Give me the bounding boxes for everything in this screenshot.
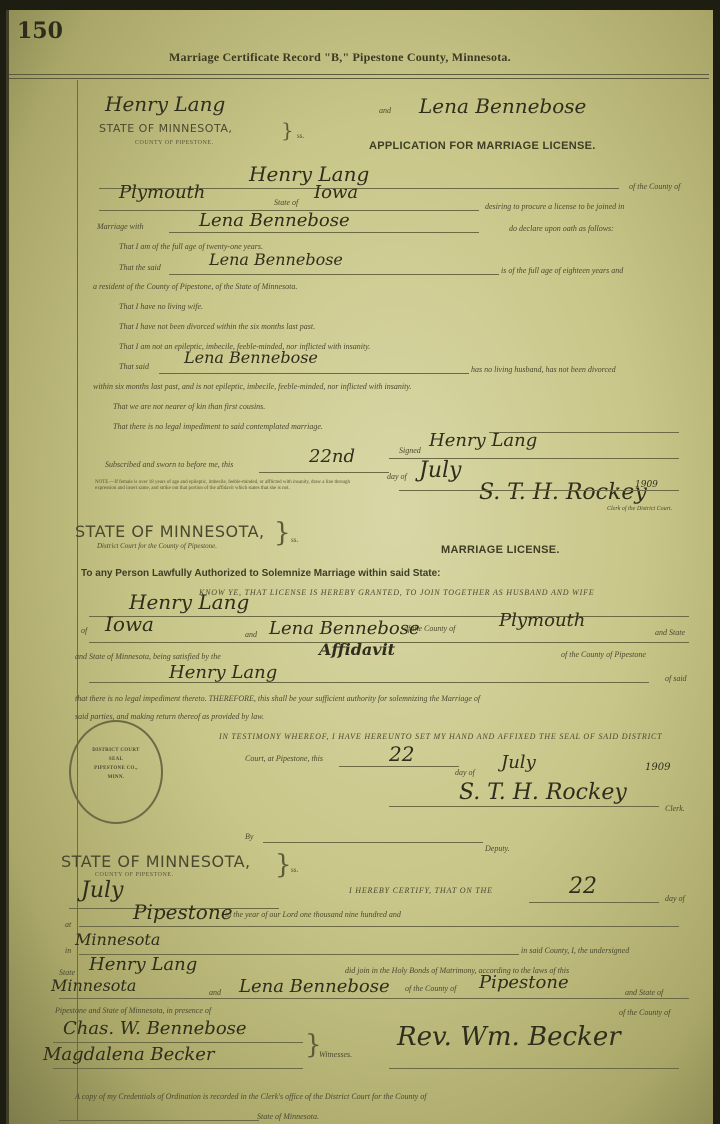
license-court: District Court for the County of Pipesto…	[97, 542, 217, 550]
license-day: 22	[389, 742, 414, 766]
certificate-in-said-county: in said County, I, the undersigned	[521, 946, 629, 955]
certificate-certify: I HEREBY CERTIFY, That on the	[349, 886, 493, 895]
license-of-said: of said	[665, 674, 687, 683]
said-label: That the said	[119, 263, 161, 272]
certificate-groom-state: Minnesota	[51, 976, 136, 995]
subscribed-month: July	[419, 458, 461, 483]
license-day-of-label: day of	[455, 768, 475, 777]
not-divorced-text: That I have not been divorced within the…	[119, 322, 315, 331]
certificate-state-of-mn: State of Minnesota.	[257, 1112, 319, 1121]
caption-and: and	[379, 106, 391, 115]
license-county-pipestone: of the County of Pipestone	[561, 650, 646, 659]
certificate-month: July	[81, 878, 123, 903]
license-groom: Henry Lang	[129, 590, 249, 614]
license-and-label: and	[245, 630, 257, 639]
no-impediment-text: That there is no legal impediment to sai…	[113, 422, 323, 431]
license-state: STATE OF MINNESOTA,	[75, 522, 265, 541]
witness-1: Chas. W. Bennebose	[63, 1018, 247, 1039]
declare-text: do declare upon oath as follows:	[509, 224, 614, 233]
license-no-impediment: that there is no legal impediment theret…	[75, 694, 480, 703]
application-note: NOTE.—If female is over 18 years of age …	[95, 480, 355, 492]
witnesses-label: Witnesses.	[319, 1050, 352, 1059]
license-of-label: of	[81, 626, 87, 635]
certificate-groom: Henry Lang	[89, 954, 197, 975]
application-state: STATE OF MINNESOTA,	[99, 122, 232, 135]
caption-bride: Lena Bennebose	[419, 94, 586, 118]
margin-line	[77, 80, 78, 1120]
county-of-label: of the County of	[629, 182, 680, 191]
certificate-bride: Lena Bennebose	[239, 976, 390, 997]
license-said-parties: said parties, and making return thereof …	[75, 712, 264, 721]
license-testimony: IN TESTIMONY WHEREOF, I have hereunto se…	[219, 732, 662, 741]
seal-line-1: DISTRICT COURT	[71, 748, 161, 753]
know-ye-text: KNOW YE, THAT LICENSE IS HEREBY GRANTED,…	[199, 588, 594, 597]
certificate-place: Pipestone	[133, 900, 233, 924]
seal-line-4: MINN.	[71, 775, 161, 780]
certificate-brace: }	[275, 850, 292, 880]
seal-line-2: SEAL	[71, 757, 161, 762]
license-satisfied-value: Affidavit	[319, 640, 395, 659]
certificate-in-label: in	[65, 946, 71, 955]
said-value: Lena Bennebose	[209, 250, 343, 269]
marriage-with-value: Lena Bennebose	[199, 210, 350, 231]
state-of-label: State of	[274, 198, 298, 207]
not-kin-text: That we are not nearer of kin than first…	[113, 402, 265, 411]
license-state-value: Iowa	[105, 612, 154, 636]
certificate-and-state-label: and State of	[625, 988, 663, 997]
license-county-value: Plymouth	[499, 610, 585, 631]
seal-line-3: PIPESTONE CO.,	[71, 766, 161, 771]
license-of-said-name: Henry Lang	[169, 662, 277, 683]
certificate-credentials: A copy of my Credentials of Ordination i…	[75, 1092, 426, 1101]
license-clerk-label: Clerk.	[665, 804, 685, 813]
license-by-label: By	[245, 832, 253, 841]
witness-2: Magdalena Becker	[43, 1044, 215, 1065]
full-age-text: is of the full age of eighteen years and	[501, 266, 623, 275]
license-year: 1909	[645, 762, 670, 773]
court-seal: DISTRICT COURT SEAL PIPESTONE CO., MINN.	[69, 720, 163, 824]
subscribed-text: Subscribed and sworn to before me, this	[105, 460, 233, 469]
certificate-pipestone-mn: Pipestone and State of Minnesota, in pre…	[55, 1006, 211, 1015]
record-page: 150 Marriage Certificate Record "B," Pip…	[6, 10, 713, 1124]
license-bride: Lena Bennebose	[269, 618, 420, 639]
certificate-day-of-label: day of	[665, 894, 685, 903]
license-ss: ss.	[291, 536, 298, 544]
no-husband-text: has no living husband, has not been divo…	[471, 365, 616, 374]
application-ss: ss.	[297, 132, 304, 140]
certificate-state-value: Minnesota	[75, 930, 160, 949]
license-state-mn: and State of Minnesota, being satisfied …	[75, 652, 221, 661]
applicant-county: Plymouth	[119, 182, 205, 203]
certificate-state: STATE OF MINNESOTA,	[61, 852, 251, 871]
certificate-year-label: in the year of our Lord one thousand nin…	[225, 910, 401, 919]
header-rule	[9, 74, 709, 79]
application-county: COUNTY OF PIPESTONE.	[135, 140, 214, 146]
certificate-day: 22	[569, 874, 597, 899]
application-brace: }	[281, 118, 294, 142]
license-and-state-label: and State	[655, 628, 685, 637]
clerk-signature-application: S. T. H. Rockey	[479, 480, 647, 505]
subscribed-day-of-label: day of	[387, 472, 407, 481]
page-number: 150	[17, 18, 63, 44]
caption-groom: Henry Lang	[105, 92, 225, 116]
license-address: To any Person Lawfully Authorized to Sol…	[81, 568, 441, 579]
applicant-state: Iowa	[314, 182, 358, 203]
certificate-of-county-of: of the County of	[619, 1008, 670, 1017]
officiant-signature: Rev. Wm. Becker	[397, 1022, 621, 1052]
license-court-at: Court, at Pipestone, this	[245, 754, 323, 763]
within-six-text: within six months last past, and is not …	[93, 382, 411, 391]
certificate-ss: ss.	[291, 866, 298, 874]
no-wife-text: That I have no living wife.	[119, 302, 203, 311]
application-title: APPLICATION FOR MARRIAGE LICENSE.	[369, 140, 596, 152]
license-month: July	[501, 752, 536, 773]
license-clerk-signature: S. T. H. Rockey	[459, 780, 627, 805]
resident-text: a resident of the County of Pipestone, o…	[93, 282, 297, 291]
signed-label: Signed	[399, 446, 421, 455]
that-said-label: That said	[119, 362, 149, 371]
certificate-and-label: and	[209, 988, 221, 997]
desiring-text: desiring to procure a license to be join…	[485, 202, 624, 211]
license-title: MARRIAGE LICENSE.	[441, 544, 560, 556]
that-said-value: Lena Bennebose	[184, 348, 318, 367]
certificate-at-label: at	[65, 920, 71, 929]
license-deputy-label: Deputy.	[485, 844, 510, 853]
signed-value: Henry Lang	[429, 430, 537, 451]
subscribed-day: 22nd	[309, 446, 355, 467]
certificate-county-value: Pipestone	[479, 972, 569, 993]
record-title: Marriage Certificate Record "B," Pipesto…	[169, 50, 511, 65]
marriage-with-label: Marriage with	[97, 222, 143, 231]
clerk-title-application: Clerk of the District Court.	[607, 506, 672, 512]
license-brace: }	[274, 518, 291, 548]
certificate-county-of-label: of the County of	[405, 984, 456, 993]
